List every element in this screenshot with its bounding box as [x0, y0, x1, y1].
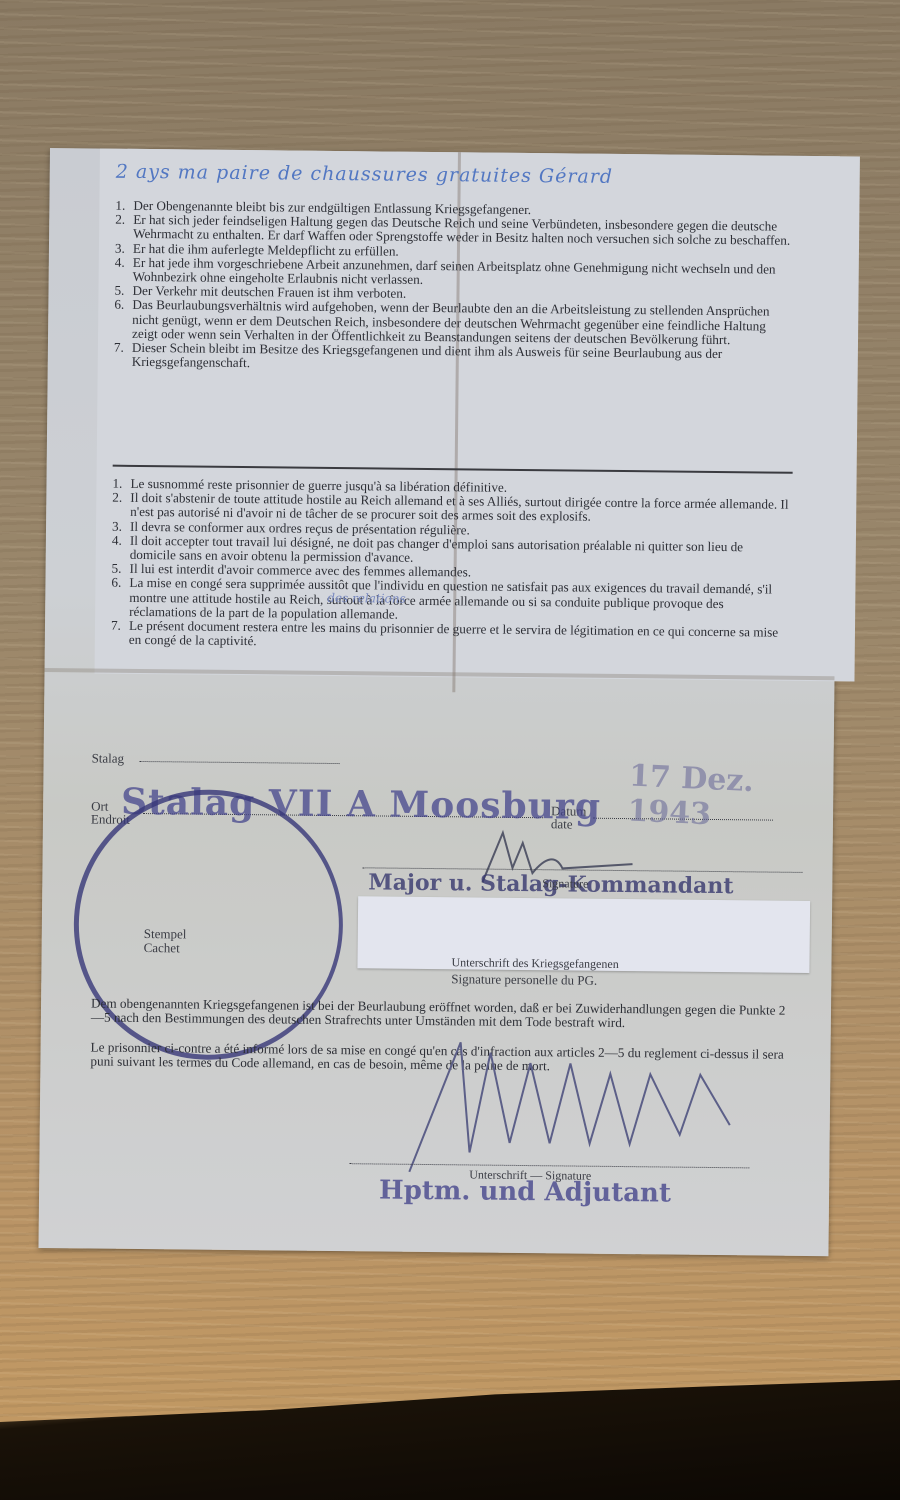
signature-label: Signature [542, 877, 588, 890]
date-stamp: 17 Dez. 1943 [627, 759, 835, 838]
cachet-label: Cachet [144, 941, 180, 954]
pg-signature-de-label: Unterschrift des Kriegsgefangenen [451, 956, 618, 971]
pow-leave-document: 2 ays ma paire de chaussures gratuites G… [38, 148, 839, 1256]
pg-signature-fr-label: Signature personelle du PG. [451, 972, 597, 987]
adjutant-stamp: Hptm. und Adjutant [379, 1176, 671, 1209]
french-conditions-list: 1.Le susnommé reste prisonnier de guerre… [111, 477, 793, 655]
german-conditions-list: 1.Der Obengenannte bleibt bis zur endgül… [114, 199, 796, 377]
stalag-line [140, 761, 340, 764]
handwritten-correction: des relations [327, 591, 406, 606]
photo-shadow [0, 1380, 900, 1500]
stempel-label: Stempel [144, 927, 187, 940]
adjutant-signature [399, 1032, 781, 1186]
stalag-label: Stalag [92, 751, 125, 764]
